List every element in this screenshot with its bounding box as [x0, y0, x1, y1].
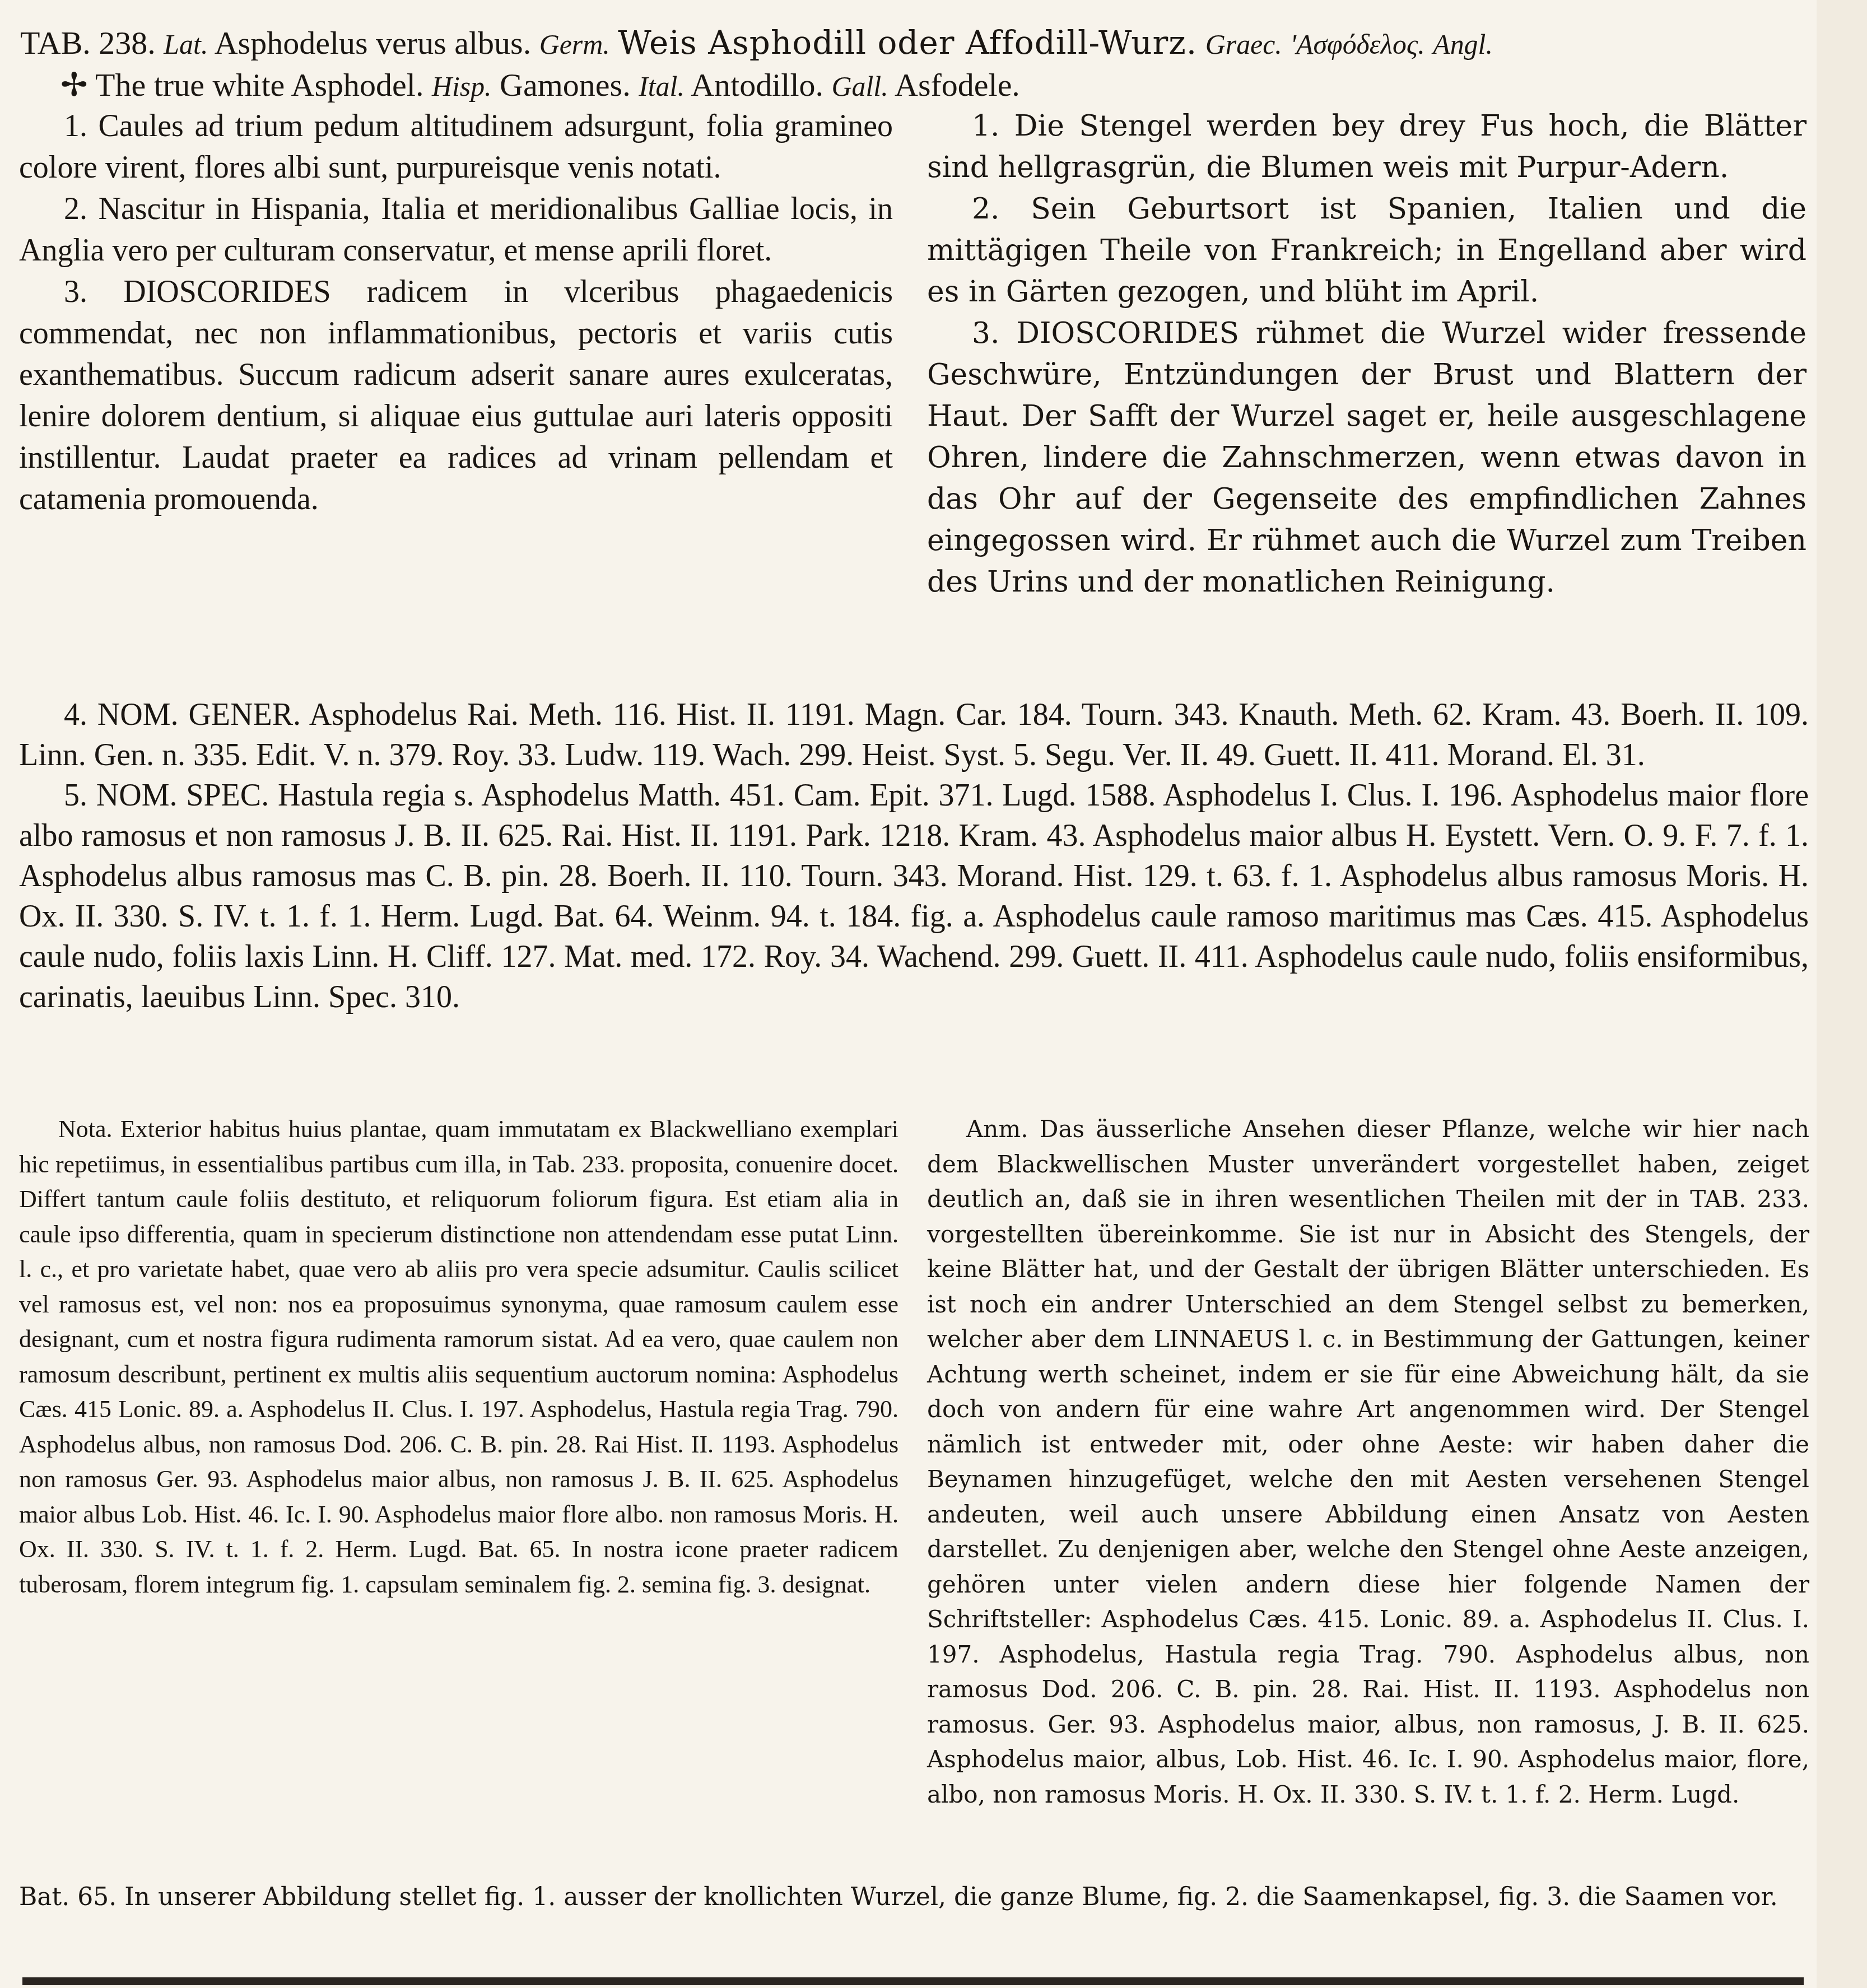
german-note-text: Anm. Das äusserliche Ansehen dieser Pfla…: [927, 1115, 1809, 1808]
ital-label: Ital.: [639, 71, 685, 102]
plate-number: TAB. 238.: [20, 25, 156, 61]
header-line-1: TAB. 238. Lat. Asphodelus verus albus. G…: [20, 22, 1807, 65]
document-page: TAB. 238. Lat. Asphodelus verus albus. G…: [0, 0, 1867, 1988]
italian-name: Antodillo.: [691, 67, 823, 103]
greek-name: 'Ασφόδελος.: [1290, 29, 1424, 60]
nomenclature-section: 4. NOM. GENER. Asphodelus Rai. Meth. 116…: [19, 695, 1809, 1017]
plate-header: TAB. 238. Lat. Asphodelus verus albus. G…: [20, 22, 1807, 107]
german-paragraph-1: 1. Die Stengel werden bey drey Fus hoch,…: [927, 105, 1807, 188]
spanish-name: Gamones.: [500, 67, 631, 103]
latin-column: 1. Caules ad trium pedum altitudinem ads…: [19, 105, 893, 520]
latin-paragraph-1: 1. Caules ad trium pedum altitudinem ads…: [19, 105, 893, 188]
latin-paragraph-3: 3. DIOSCORIDES radicem in vlceribus phag…: [19, 271, 893, 520]
french-name: Asfodele.: [895, 67, 1020, 103]
german-paragraph-3: 3. DIOSCORIDES rühmet die Wurzel wider f…: [927, 313, 1807, 603]
gall-label: Gall.: [832, 71, 888, 102]
angl-label: Angl.: [1433, 29, 1493, 60]
german-note-continuation: Bat. 65. In unserer Abbildung stellet fi…: [19, 1879, 1809, 1915]
nom-gener: 4. NOM. GENER. Asphodelus Rai. Meth. 116…: [19, 695, 1809, 775]
latin-name: Asphodelus verus albus.: [215, 25, 531, 61]
german-note: Anm. Das äusserliche Ansehen dieser Pfla…: [927, 1112, 1809, 1812]
german-column: 1. Die Stengel werden bey drey Fus hoch,…: [927, 105, 1807, 603]
cross-mark-icon: ✢: [60, 67, 88, 103]
page-edge: [1817, 0, 1867, 1988]
hisp-label: Hisp.: [432, 71, 492, 102]
latin-note: Nota. Exterior habitus huius plantae, qu…: [19, 1112, 898, 1602]
bottom-rule: [22, 1977, 1804, 1985]
latin-paragraph-2: 2. Nascitur in Hispania, Italia et merid…: [19, 188, 893, 271]
germ-label: Germ.: [539, 29, 610, 60]
graec-label: Graec.: [1205, 29, 1282, 60]
header-line-2: ✢ The true white Asphodel. Hisp. Gamones…: [20, 65, 1807, 107]
nom-spec: 5. NOM. SPEC. Hastula regia s. Asphodelu…: [19, 775, 1809, 1017]
german-paragraph-2: 2. Sein Geburtsort ist Spanien, Italien …: [927, 188, 1807, 313]
english-name: The true white Asphodel.: [95, 67, 423, 103]
latin-note-text: Nota. Exterior habitus huius plantae, qu…: [19, 1115, 898, 1598]
lat-label: Lat.: [164, 29, 208, 60]
german-name: Weis Asphodill oder Affodill-Wurz.: [618, 24, 1197, 62]
